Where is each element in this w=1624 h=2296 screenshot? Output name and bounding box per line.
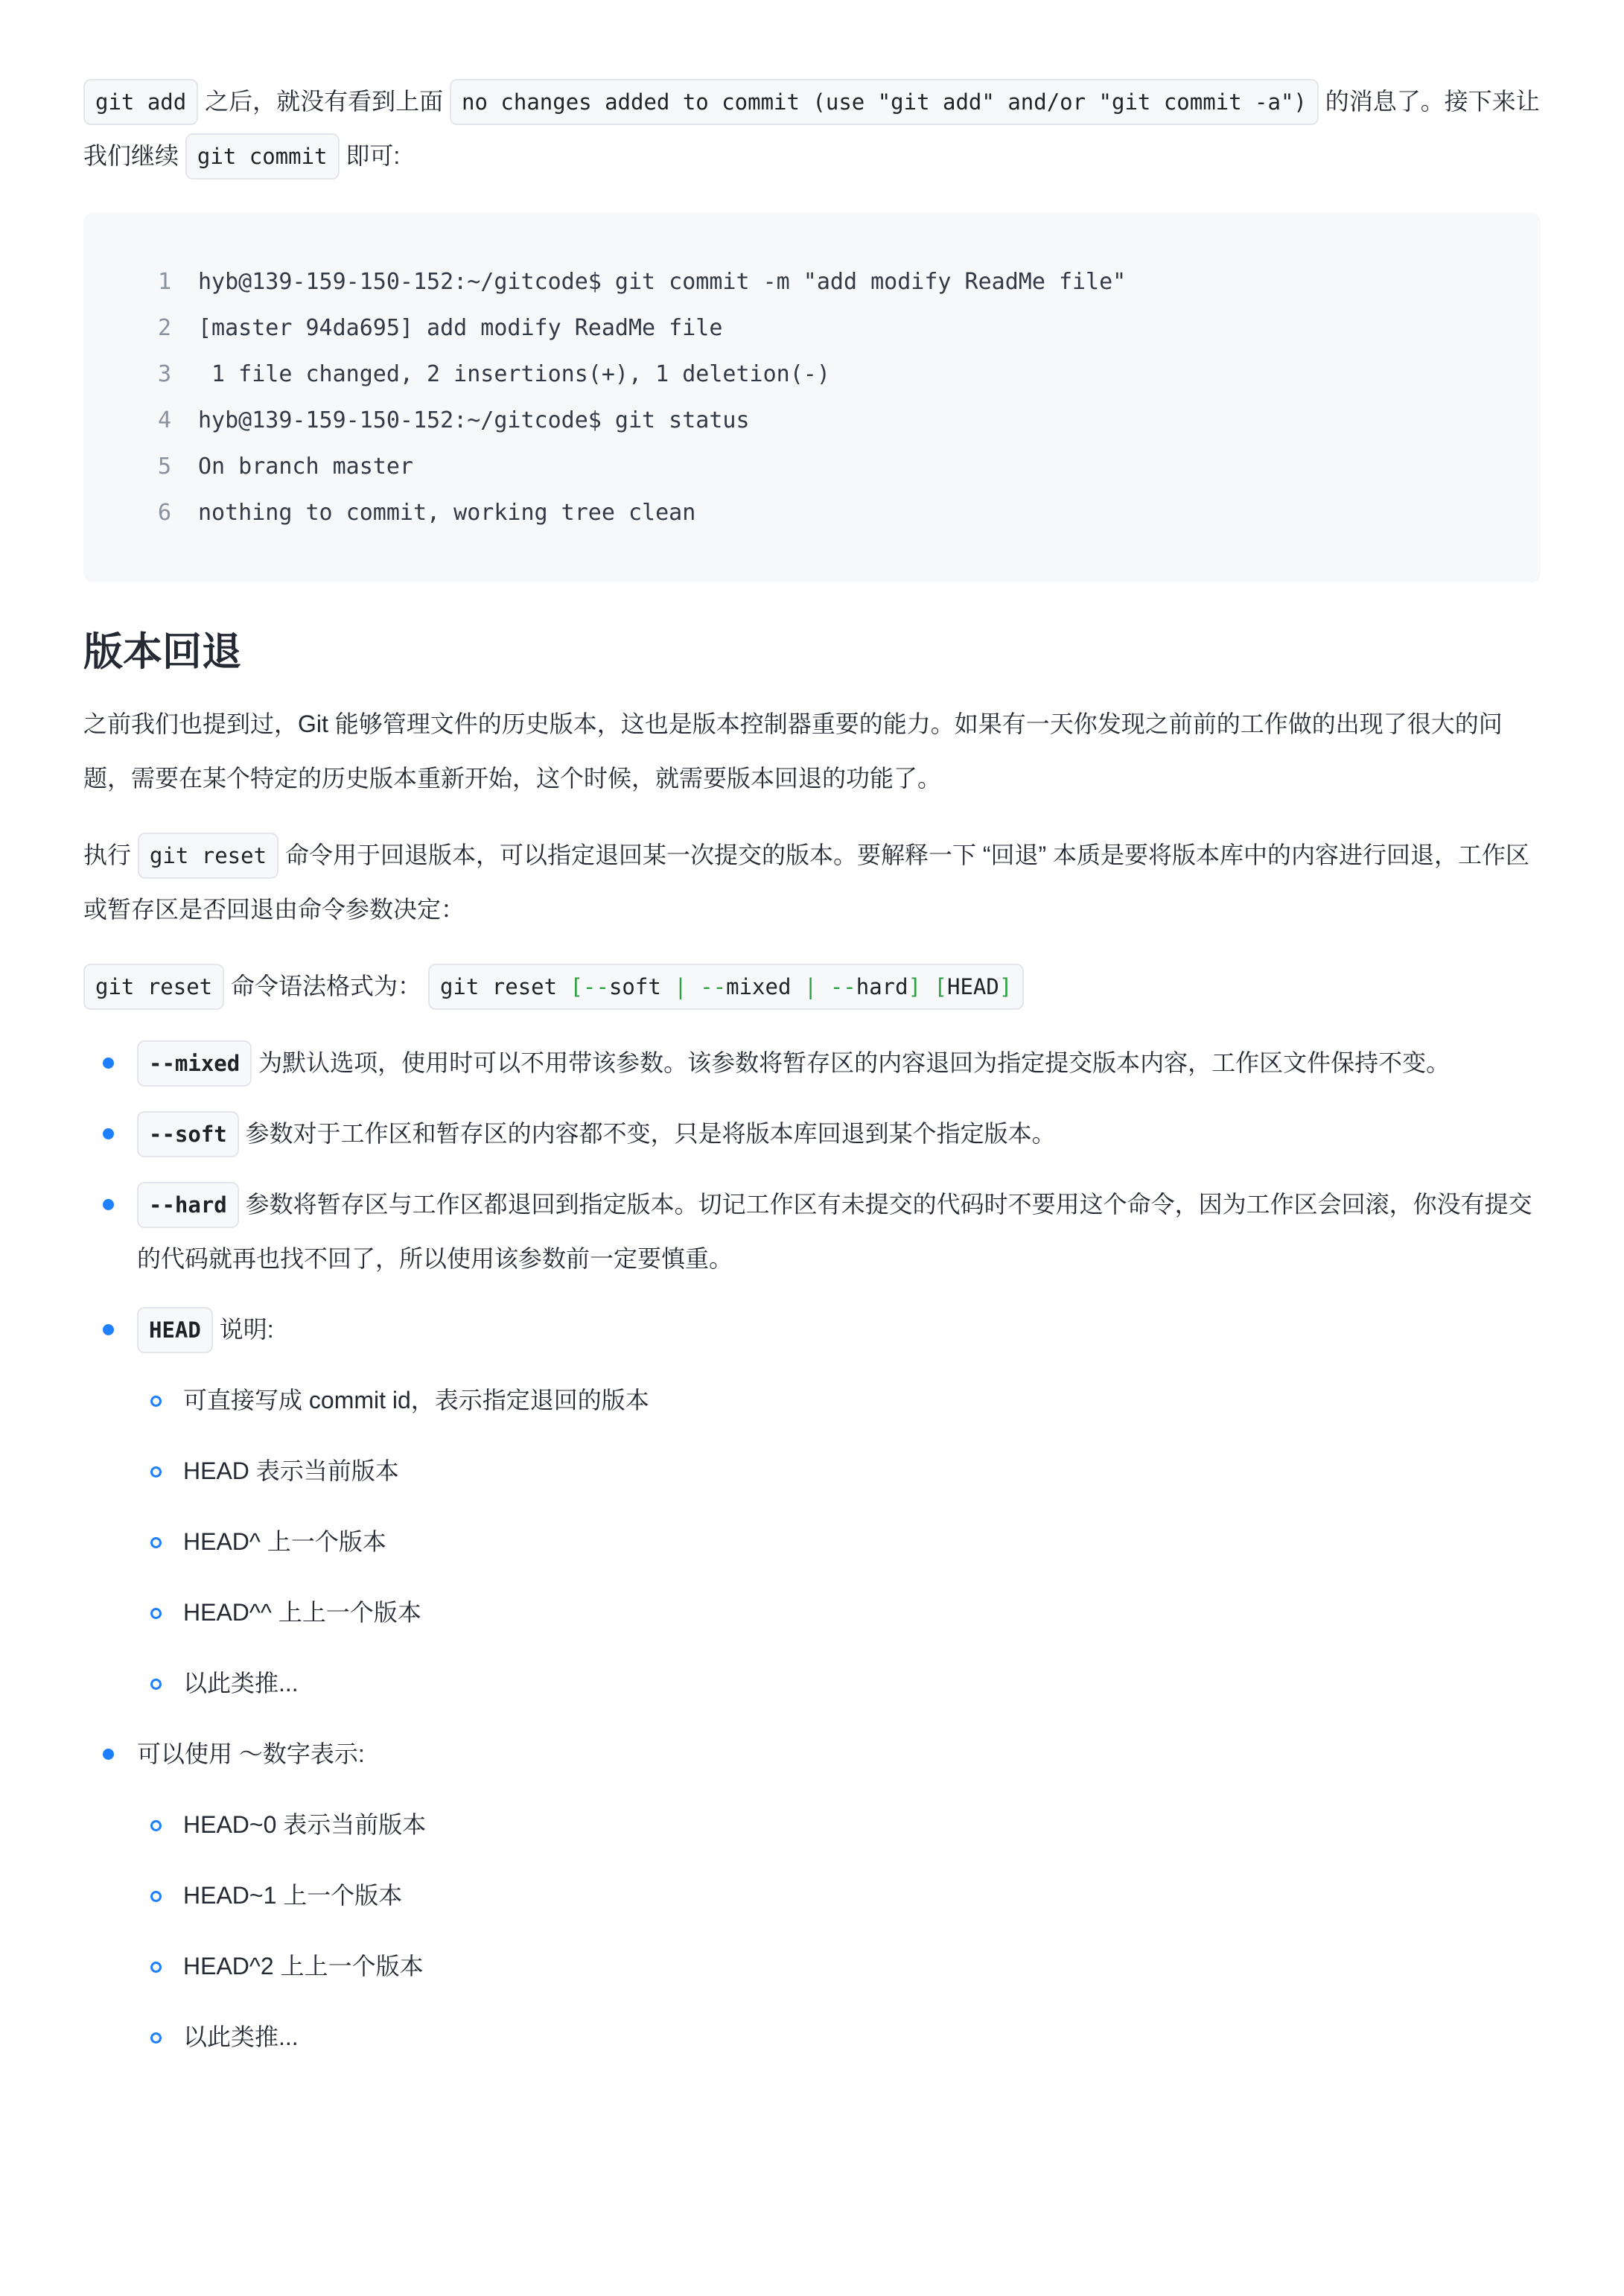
sub-list-item-text: HEAD~0 表示当前版本: [183, 1811, 426, 1838]
line-number: 3: [83, 352, 198, 398]
syntax-token-green: [--: [570, 974, 609, 999]
sub-list-item: 以此类推...: [149, 2010, 1541, 2064]
code-line: 4hyb@139-159-150-152:~/gitcode$ git stat…: [83, 398, 1511, 444]
syntax-token-green: |: [804, 974, 817, 999]
sub-list: HEAD~0 表示当前版本HEAD~1 上一个版本HEAD^2 上上一个版本以此…: [137, 1798, 1541, 2064]
sub-list-item: 可直接写成 commit id，表示指定退回的版本: [149, 1373, 1541, 1428]
article-page: git add 之后，就没有看到上面 no changes added to c…: [0, 0, 1624, 2296]
inline-code-git-add: git add: [83, 79, 198, 125]
syntax-paragraph: git reset 命令语法格式为： git reset [--soft | -…: [83, 959, 1541, 1014]
para2-text-1: 执行: [83, 842, 138, 868]
inline-code-HEAD: HEAD: [137, 1307, 213, 1353]
list-item-text: 可以使用 ～数字表示:: [137, 1740, 365, 1767]
inline-code-git-commit: git commit: [185, 133, 340, 179]
sub-list-item-text: HEAD~1 上一个版本: [183, 1882, 402, 1909]
list-item: --hard 参数将暂存区与工作区都退回到指定版本。切记工作区有未提交的代码时不…: [101, 1177, 1541, 1286]
inline-code-git-reset-2: git reset: [83, 964, 224, 1010]
sub-list-item-text: HEAD^ 上一个版本: [183, 1528, 386, 1555]
syntax-token-green: ]: [908, 974, 921, 999]
line-number: 4: [83, 398, 198, 444]
intro-text-3: 即可:: [340, 142, 401, 169]
list-item: --soft 参数对于工作区和暂存区的内容都不变，只是将版本库回退到某个指定版本…: [101, 1107, 1541, 1161]
syntax-token: [661, 974, 674, 999]
list-item-text: 为默认选项，使用时可以不用带该参数。该参数将暂存区的内容退回为指定提交版本内容，…: [252, 1049, 1450, 1076]
sub-list-item: HEAD^ 上一个版本: [149, 1515, 1541, 1569]
code-line-text: nothing to commit, working tree clean: [198, 500, 695, 526]
syntax-token-green: --: [830, 974, 856, 999]
sub-list-item: HEAD~0 表示当前版本: [149, 1798, 1541, 1852]
sub-list-item-text: 可直接写成 commit id，表示指定退回的版本: [183, 1387, 649, 1413]
syntax-token: soft: [609, 974, 661, 999]
section-heading: 版本回退: [83, 626, 1541, 679]
syntax-token: [817, 974, 829, 999]
code-line-text: hyb@139-159-150-152:~/gitcode$ git commi…: [198, 269, 1126, 295]
inline-code-mixed: --mixed: [137, 1040, 252, 1087]
syntax-token: [791, 974, 803, 999]
syntax-token: [687, 974, 700, 999]
syntax-label: 命令语法格式为：: [224, 973, 428, 999]
sub-list-item: HEAD 表示当前版本: [149, 1444, 1541, 1498]
inline-code-no-changes-message: no changes added to commit (use "git add…: [450, 79, 1319, 125]
syntax-token: git reset: [440, 974, 570, 999]
inline-code-git-reset-syntax: git reset [--soft | --mixed | --hard] [H…: [428, 964, 1024, 1010]
sub-list-item-text: 以此类推...: [183, 1670, 299, 1696]
sub-list-item-text: 以此类推...: [183, 2023, 299, 2050]
section-paragraph-1: 之前我们也提到过，Git 能够管理文件的历史版本，这也是版本控制器重要的能力。如…: [83, 697, 1541, 806]
list-item-text: 说明:: [213, 1316, 274, 1343]
syntax-token-green: ]: [999, 974, 1012, 999]
syntax-token-green: [: [934, 974, 947, 999]
list-item: HEAD 说明:可直接写成 commit id，表示指定退回的版本HEAD 表示…: [101, 1303, 1541, 1711]
options-list: --mixed 为默认选项，使用时可以不用带该参数。该参数将暂存区的内容退回为指…: [83, 1036, 1541, 2064]
code-line: 2[master 94da695] add modify ReadMe file: [83, 305, 1511, 352]
line-number: 2: [83, 305, 198, 352]
sub-list-item-text: HEAD 表示当前版本: [183, 1457, 399, 1484]
code-line-text: [master 94da695] add modify ReadMe file: [198, 315, 722, 341]
list-item-text: 参数对于工作区和暂存区的内容都不变，只是将版本库回退到某个指定版本。: [239, 1120, 1056, 1147]
list-item: 可以使用 ～数字表示:HEAD~0 表示当前版本HEAD~1 上一个版本HEAD…: [101, 1727, 1541, 2064]
terminal-code-block: 1hyb@139-159-150-152:~/gitcode$ git comm…: [83, 213, 1541, 582]
section-paragraph-2: 执行 git reset 命令用于回退版本，可以指定退回某一次提交的版本。要解释…: [83, 828, 1541, 937]
syntax-token: hard: [856, 974, 908, 999]
line-number: 6: [83, 490, 198, 536]
sub-list-item-text: HEAD^2 上上一个版本: [183, 1953, 424, 1979]
syntax-token-green: --: [700, 974, 726, 999]
inline-code-soft: --soft: [137, 1111, 239, 1157]
code-line: 1hyb@139-159-150-152:~/gitcode$ git comm…: [83, 259, 1511, 305]
inline-code-git-reset: git reset: [138, 833, 278, 879]
intro-text-1: 之后，就没有看到上面: [198, 88, 450, 115]
sub-list-item: HEAD~1 上一个版本: [149, 1869, 1541, 1923]
list-item-text: 参数将暂存区与工作区都退回到指定版本。切记工作区有未提交的代码时不要用这个命令，…: [137, 1191, 1532, 1272]
code-line-text: hyb@139-159-150-152:~/gitcode$ git statu…: [198, 407, 750, 433]
sub-list-item-text: HEAD^^ 上上一个版本: [183, 1599, 421, 1626]
code-line: 3 1 file changed, 2 insertions(+), 1 del…: [83, 352, 1511, 398]
syntax-token: HEAD: [947, 974, 999, 999]
sub-list: 可直接写成 commit id，表示指定退回的版本HEAD 表示当前版本HEAD…: [137, 1373, 1541, 1711]
code-line-text: On branch master: [198, 454, 413, 480]
syntax-token: [921, 974, 934, 999]
sub-list-item: HEAD^2 上上一个版本: [149, 1939, 1541, 1994]
para2-text-2: 命令用于回退版本，可以指定退回某一次提交的版本。要解释一下 “回退” 本质是要将…: [83, 842, 1529, 923]
intro-paragraph: git add 之后，就没有看到上面 no changes added to c…: [83, 74, 1541, 183]
sub-list-item: 以此类推...: [149, 1656, 1541, 1711]
code-line-text: 1 file changed, 2 insertions(+), 1 delet…: [198, 361, 830, 387]
syntax-token-green: |: [674, 974, 687, 999]
line-number: 5: [83, 444, 198, 490]
syntax-token: mixed: [726, 974, 791, 999]
list-item: --mixed 为默认选项，使用时可以不用带该参数。该参数将暂存区的内容退回为指…: [101, 1036, 1541, 1090]
line-number: 1: [83, 259, 198, 305]
sub-list-item: HEAD^^ 上上一个版本: [149, 1586, 1541, 1640]
code-line: 6nothing to commit, working tree clean: [83, 490, 1511, 536]
code-line: 5On branch master: [83, 444, 1511, 490]
terminal-code-lines: 1hyb@139-159-150-152:~/gitcode$ git comm…: [83, 259, 1511, 536]
inline-code-hard: --hard: [137, 1182, 239, 1228]
